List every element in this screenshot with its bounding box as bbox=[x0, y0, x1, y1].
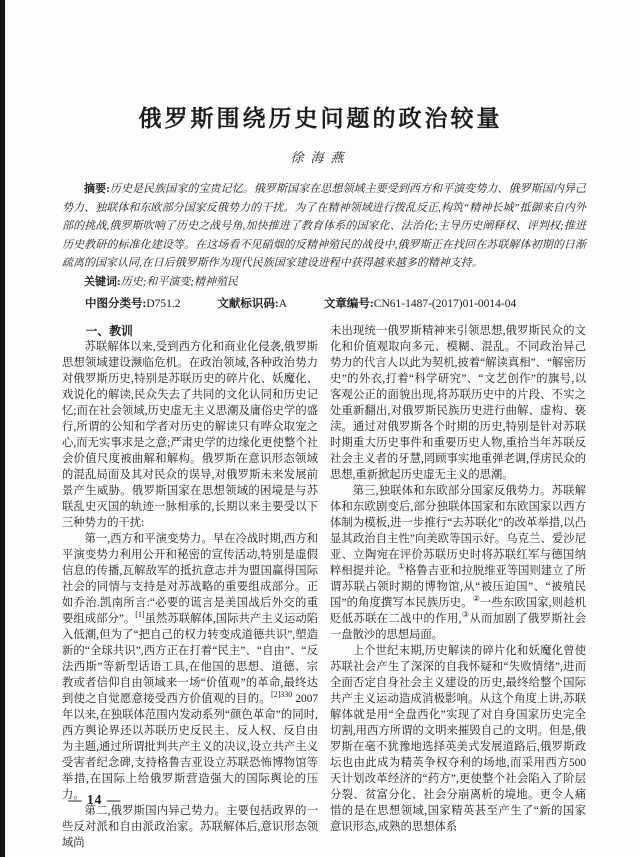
document-code-value: A bbox=[279, 298, 287, 310]
paragraph: 未出现统一俄罗斯精神来引领思想,俄罗斯民众的文化和价值观取向多元、模糊、混乱。不… bbox=[330, 323, 586, 483]
clc-value: D751.2 bbox=[146, 298, 180, 310]
meta-line: 中图分类号:D751.2 文献标识码:A 文章编号:CN61-1487-(201… bbox=[62, 292, 586, 314]
clc-label: 中图分类号: bbox=[85, 298, 146, 310]
front-matter: 摘要:历史是民族国家的宝贵记忆。俄罗斯国家在思想领域主要受到西方和平演变势力、俄… bbox=[0, 166, 641, 313]
clc-number: 中图分类号:D751.2 bbox=[85, 298, 181, 310]
article-author: 徐海燕 bbox=[0, 147, 641, 166]
article-id-value: CN61-1487-(2017)01-0014-04 bbox=[374, 298, 516, 310]
paragraph: 第三,独联体和东欧部分国家反俄势力。苏联解体和东欧剧变后,部分独联体国家和东欧国… bbox=[330, 483, 586, 643]
article-title: 俄罗斯围绕历史问题的政治较量 bbox=[0, 0, 641, 133]
column-left: 一、教训苏联解体以来,受到西方化和商业化侵袭,俄罗斯思想领域建设濒临危机。在政治… bbox=[62, 323, 318, 851]
paragraph: 上个世纪末期,历史解读的碎片化和妖魔化曾使苏联社会产生了深深的自我怀疑和“失败情… bbox=[330, 643, 586, 835]
article-columns: 一、教训苏联解体以来,受到西方化和商业化侵袭,俄罗斯思想领域建设濒临危机。在政治… bbox=[0, 313, 641, 851]
keywords: 关键词:历史;和平演变;精神殖民 bbox=[62, 273, 586, 292]
article-id: 文章编号:CN61-1487-(2017)01-0014-04 bbox=[324, 298, 516, 310]
section-heading: 一、教训 bbox=[62, 323, 318, 339]
paragraph: 第二,俄罗斯国内异己势力。主要包括政界的一些反对派和自由派政治家。苏联解体后,意… bbox=[62, 803, 318, 851]
paragraph: 苏联解体以来,受到西方化和商业化侵袭,俄罗斯思想领域建设濒临危机。在政治领域,各… bbox=[62, 339, 318, 531]
keywords-label: 关键词: bbox=[84, 276, 121, 288]
scan-edge-artifact bbox=[0, 0, 5, 857]
abstract-text: 历史是民族国家的宝贵记忆。俄罗斯国家在思想领域主要受到西方和平演变势力、俄罗斯国… bbox=[62, 183, 586, 269]
column-right: 未出现统一俄罗斯精神来引领思想,俄罗斯民众的文化和价值观取向多元、模糊、混乱。不… bbox=[330, 323, 586, 851]
keywords-text: 历史;和平演变;精神殖民 bbox=[121, 276, 238, 288]
paragraph: 第一,西方和平演变势力。早在冷战时期,西方和平演变势力利用公开和秘密的宣传活动,… bbox=[62, 531, 318, 803]
document-code: 文献标识码:A bbox=[217, 298, 287, 310]
article-id-label: 文章编号: bbox=[324, 298, 374, 310]
document-code-label: 文献标识码: bbox=[217, 298, 278, 310]
page-number: — 14 — bbox=[68, 792, 121, 808]
abstract: 摘要:历史是民族国家的宝贵记忆。俄罗斯国家在思想领域主要受到西方和平演变势力、俄… bbox=[62, 180, 586, 273]
scanned-article-page: 俄罗斯围绕历史问题的政治较量 徐海燕 摘要:历史是民族国家的宝贵记忆。俄罗斯国家… bbox=[0, 0, 641, 857]
abstract-label: 摘要: bbox=[84, 183, 110, 195]
